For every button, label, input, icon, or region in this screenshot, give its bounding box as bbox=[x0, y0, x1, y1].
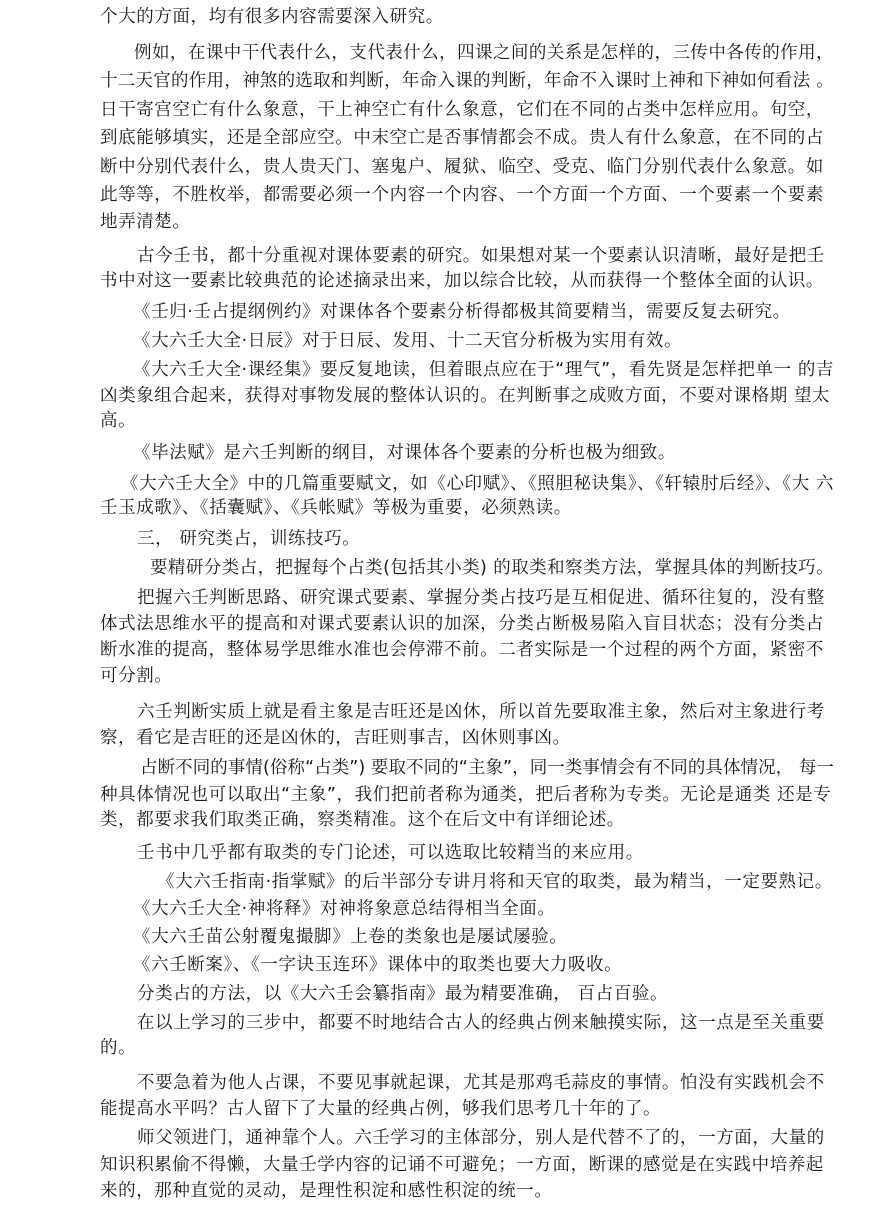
text-line: 体式法思维水平的提高和对课式要素认识的加深，分类占断极易陷入盲目状态；没有分类占 bbox=[100, 613, 824, 635]
text-line: 断水准的提高，整体易学思维水准也会停滞不前。二者实际是一个过程的两个方面，紧密不 bbox=[100, 639, 824, 661]
text-line: 凶类象组合起来，获得对事物发展的整体认识的。在判断事之成败方面，不要对课格期 望… bbox=[100, 385, 830, 407]
text-line: 壬书中几乎都有取类的专门论述，可以选取比较精当的来应用。 bbox=[137, 842, 644, 864]
text-line: 来的，那种直觉的灵动，是理性积淀和感性积淀的统一。 bbox=[100, 1180, 553, 1202]
text-line: 《大六壬大全·神将释》对神将象意总结得相当全面。 bbox=[133, 898, 555, 920]
text-line: 能提高水平吗？古人留下了大量的经典占例，够我们思考几十年的了。 bbox=[100, 1098, 661, 1120]
text-line: 断中分别代表什么，贵人贵天门、塞鬼户、履狱、临空、受克、临门分别代表什么象意。如 bbox=[100, 156, 824, 178]
text-line: 此等等，不胜枚举，都需要必须一个内容一个内容、一个方面一个方面、一个要素一个要素 bbox=[100, 184, 824, 206]
text-line: 《壬归·壬占提纲例约》对课体各个要素分析得都极其简要精当，需要反复去研究。 bbox=[133, 301, 791, 323]
text-line: 类，都要求我们取类正确，察类精准。这个在后文中有详细论述。 bbox=[100, 809, 625, 831]
text-line: 高。 bbox=[100, 410, 136, 432]
text-line: 地弄清楚。 bbox=[100, 211, 191, 233]
text-line: 十二天官的作用，神煞的选取和判断，年命入课的判断，年命不入课时上神和下神如何看法… bbox=[100, 70, 834, 92]
text-line: 师父领进门，通神靠个人。六壬学习的主体部分，别人是代替不了的，一方面，大量的 bbox=[137, 1127, 825, 1149]
text-line: 《毕法赋》是六壬判断的纲目，对课体各个要素的分析也极为细致。 bbox=[133, 442, 676, 464]
text-line: 壬玉成歌》、《括囊赋》、《兵帐赋》等极为重要，必须熟读。 bbox=[100, 497, 572, 519]
text-line: 把握六壬判断思路、研究课式要素、掌握分类占技巧是互相促进、循环往复的，没有整 bbox=[137, 587, 825, 609]
text-line: 《大六壬苗公射覆鬼撮脚》上卷的类象也是屡试屡验。 bbox=[133, 926, 567, 948]
text-line: 日干寄宫空亡有什么象意，干上神空亡有什么象意，它们在不同的占类中怎样应用。旬空， bbox=[100, 99, 824, 121]
text-line: 六壬判断实质上就是看主象是吉旺还是凶休，所以首先要取准主象，然后对主象进行考 bbox=[137, 701, 825, 723]
text-line: 个大的方面，均有很多内容需要深入研究。 bbox=[100, 6, 444, 28]
text-line: 到底能够填实，还是全部应空。中末空亡是否事情都会不成。贵人有什么象意，在不同的占 bbox=[100, 127, 824, 149]
text-line: 要精研分类占，把握每个占类(包括其小类) 的取类和察类方法，掌握具体的判断技巧。 bbox=[150, 557, 834, 579]
text-line: 例如，在课中干代表什么，支代表什么，四课之间的关系是怎样的，三传中各传的作用， bbox=[134, 42, 834, 64]
text-line: 的。 bbox=[100, 1037, 136, 1059]
text-line: 古今壬书，都十分重视对课体要素的研究。如果想对某一个要素认识清晰，最好是把壬 bbox=[137, 245, 825, 267]
text-line: 知识积累偷不得懒，大量壬学内容的记诵不可避免；一方面，断课的感觉是在实践中培养起 bbox=[100, 1154, 824, 1176]
text-line: 分类占的方法，以《大六壬会纂指南》最为精要准确， 百占百验。 bbox=[137, 983, 668, 1005]
text-line: 不要急着为他人占课，不要见事就起课，尤其是那鸡毛蒜皮的事情。怕没有实践机会不 bbox=[137, 1072, 825, 1094]
text-line: 《大六壬指南·指掌赋》的后半部分专讲月将和天官的取类，最为精当，一定要熟记。 bbox=[157, 871, 833, 893]
text-line: 察，看它是吉旺的还是凶休的，吉旺则事吉，凶休则事凶。 bbox=[100, 727, 571, 749]
text-line: 《大六壬大全·日辰》对于日辰、发用、十二天官分析极为实用有效。 bbox=[133, 330, 682, 352]
text-line: 《六壬断案》、《一字诀玉连环》课体中的取类也要大力吸收。 bbox=[133, 954, 622, 976]
text-line: 种具体情况也可以取出“主象”，我们把前者称为通类，把后者称为专类。无论是通类 还… bbox=[100, 784, 831, 806]
text-line: 《大六壬大全》中的几篇重要赋文，如《心印赋》、《照胆秘诀集》、《轩辕肘后经》、《… bbox=[121, 473, 834, 495]
text-line: 《大六壬大全·课经集》要反复地读，但着眼点应在于“理气”，看先贤是怎样把单一 的… bbox=[133, 359, 834, 381]
text-line: 在以上学习的三步中，都要不时地结合古人的经典占例来触摸实际，这一点是至关重要 bbox=[137, 1012, 825, 1034]
text-line: 可分割。 bbox=[100, 665, 172, 687]
text-line: 书中对这一要素比较典范的论述摘录出来，加以综合比较，从而获得一个整体全面的认识。 bbox=[100, 270, 824, 292]
text-line: 三， 研究类占，训练技巧。 bbox=[137, 528, 360, 550]
document-page: 个大的方面，均有很多内容需要深入研究。例如，在课中干代表什么，支代表什么，四课之… bbox=[0, 0, 878, 1205]
text-line: 占断不同的事情(俗称“占类”) 要取不同的“主象”，同一类事情会有不同的具体情况… bbox=[140, 757, 834, 779]
